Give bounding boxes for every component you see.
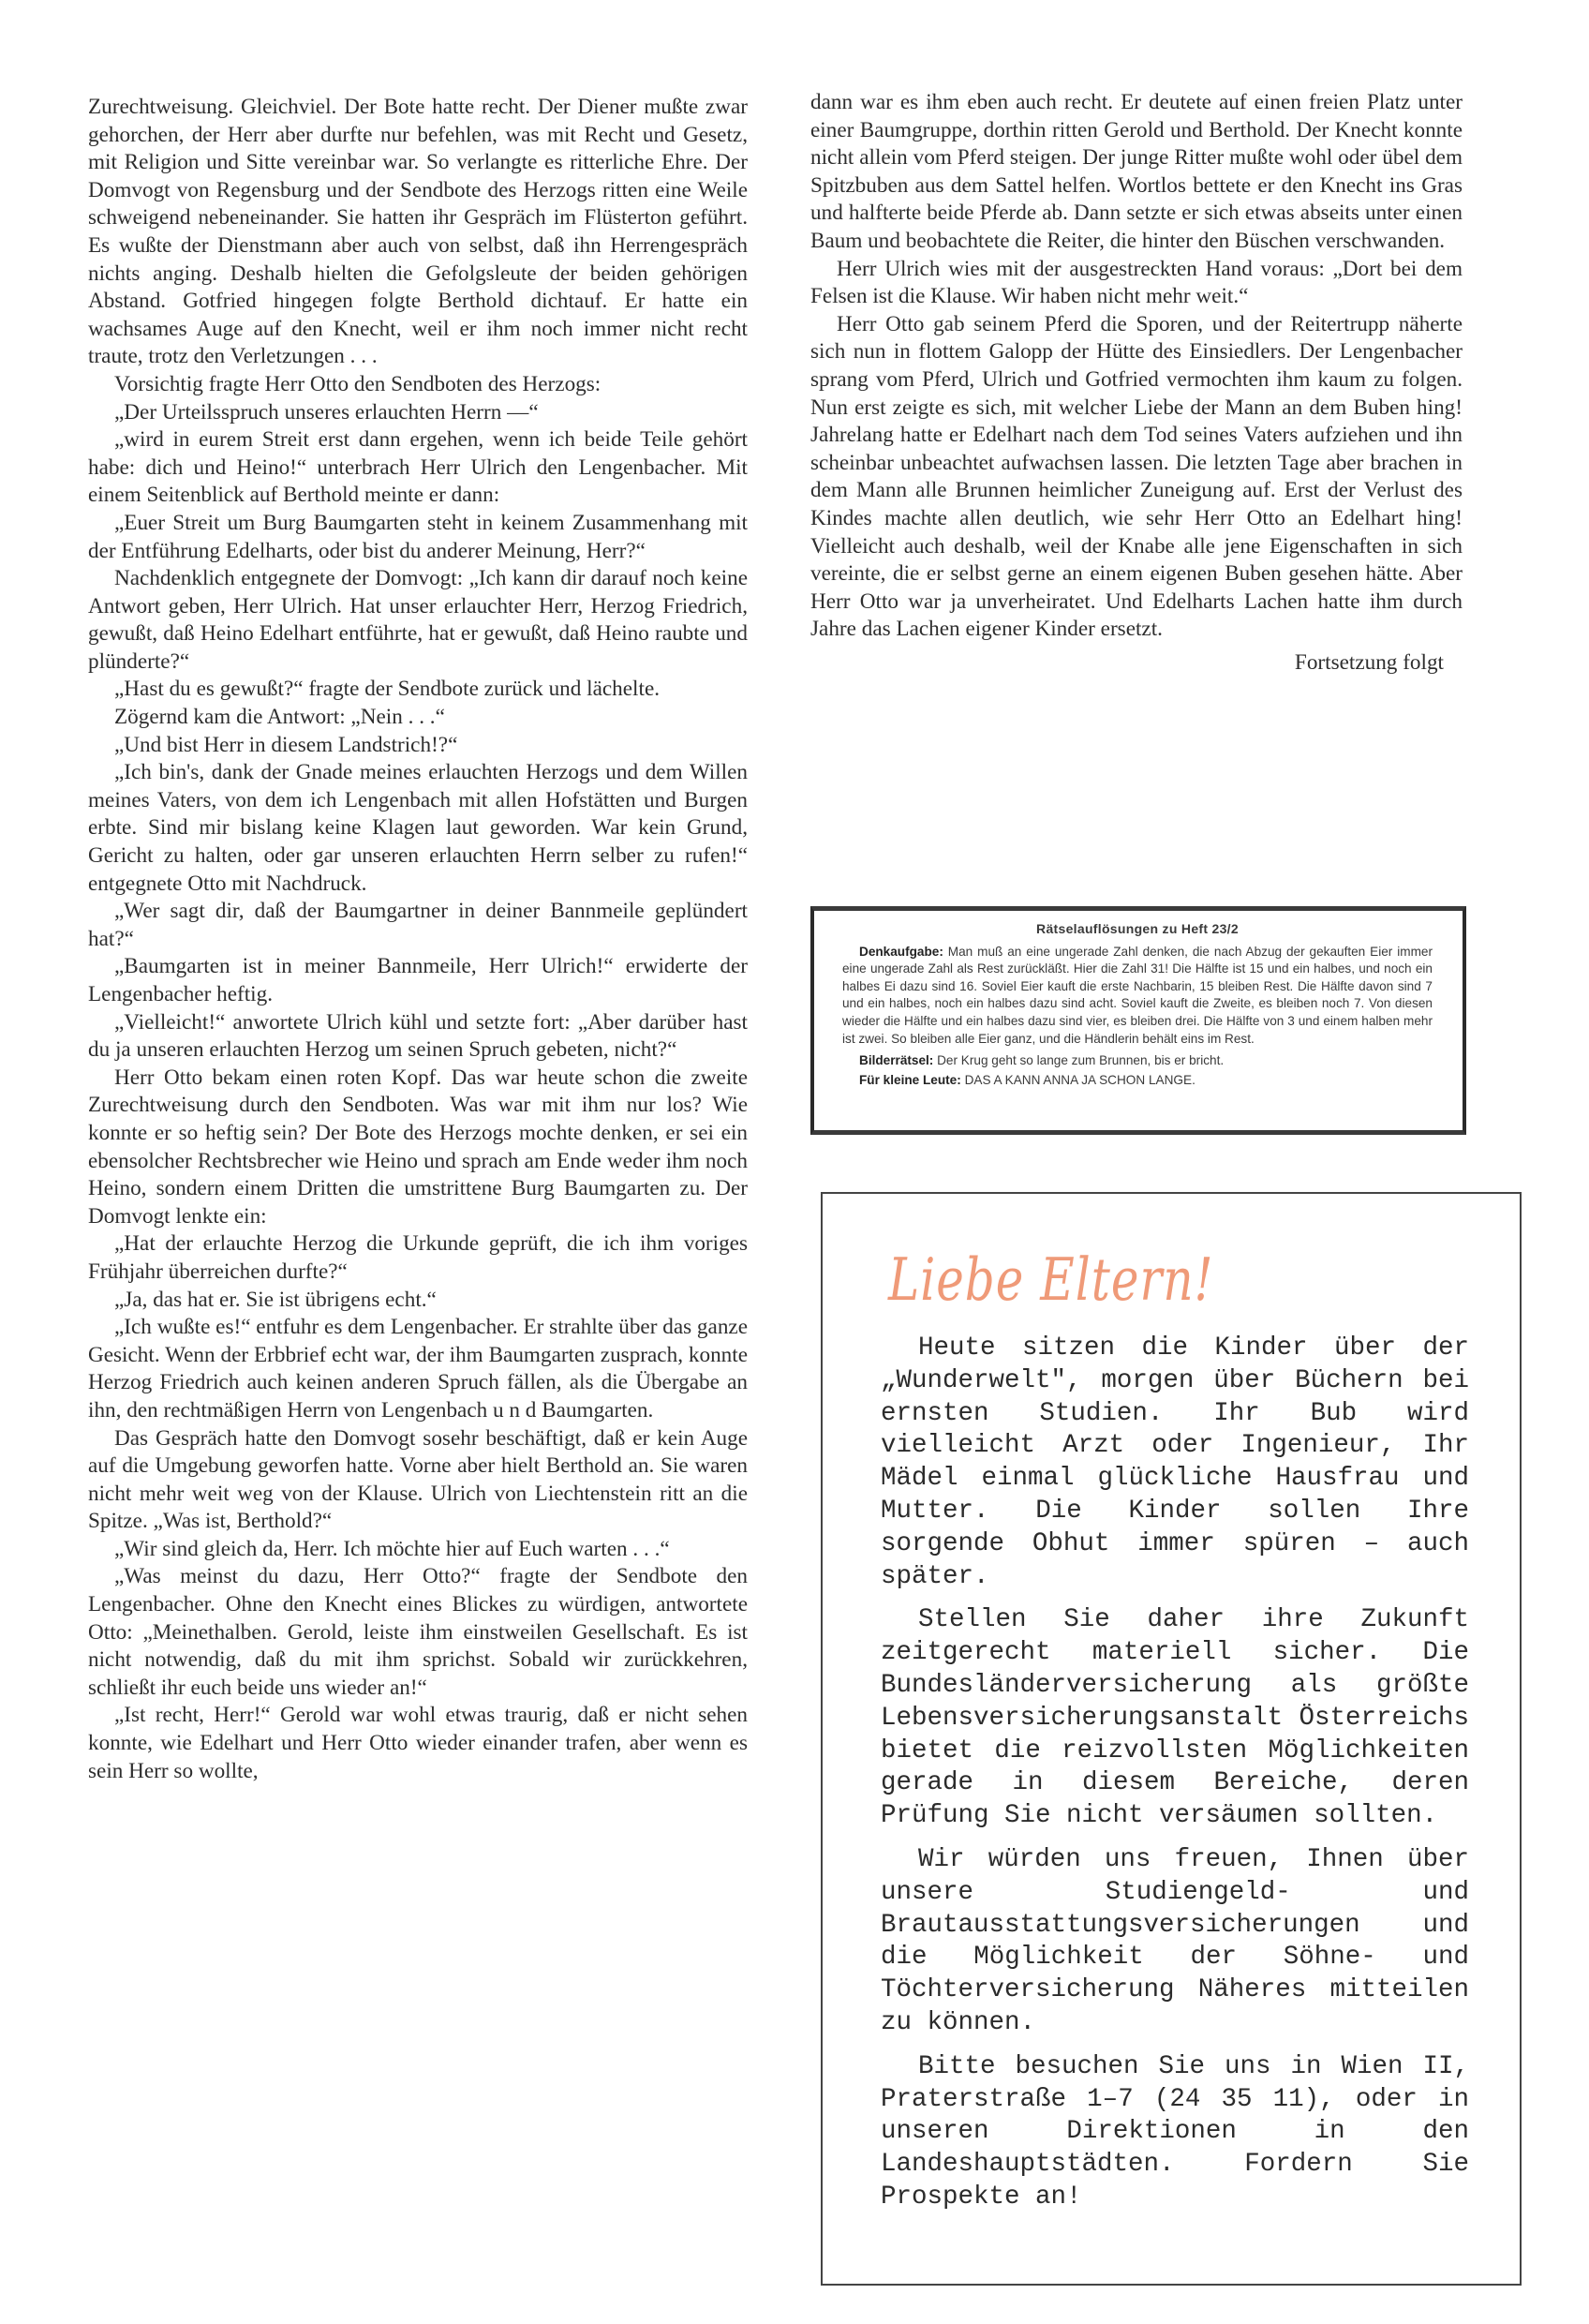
continuation-note: Fortsetzung folgt [810, 649, 1463, 678]
ad-paragraph: Wir würden uns freuen, Ihnen über unsere… [881, 1844, 1469, 2040]
riddle-label: Für kleine Leute: [859, 1073, 961, 1087]
ad-paragraph: Bitte besuchen Sie uns in Wien II, Prate… [881, 2051, 1469, 2214]
riddle-solution-item: Denkaufgabe: Man muß an eine ungerade Za… [842, 944, 1433, 1049]
paragraph: „Der Urteilsspruch unseres erlauchten He… [88, 399, 748, 427]
paragraph: Zögernd kam die Antwort: „Nein . . .“ [88, 704, 748, 732]
paragraph: „Vielleicht!“ anwortete Ulrich kühl und … [88, 1009, 748, 1065]
paragraph: „Ich wußte es!“ entfuhr es dem Lengenbac… [88, 1314, 748, 1424]
story-column-right: dann war es ihm eben auch recht. Er deut… [810, 89, 1463, 677]
paragraph: „Ja, das hat er. Sie ist übrigens echt.“ [88, 1287, 748, 1315]
riddle-solution-item: Für kleine Leute: DAS A KANN ANNA JA SCH… [842, 1072, 1433, 1090]
paragraph: Nachdenklich entgegnete der Domvogt: „Ic… [88, 565, 748, 676]
paragraph: „Ist recht, Herr!“ Gerold war wohl etwas… [88, 1702, 748, 1785]
riddle-solutions-title: Rätselauflösungen zu Heft 23/2 [842, 920, 1433, 938]
riddle-label: Denkaufgabe: [859, 945, 943, 959]
ad-paragraph: Heute sitzen die Kinder über der „Wunder… [881, 1333, 1469, 1593]
paragraph: Vorsichtig fragte Herr Otto den Sendbote… [88, 371, 748, 399]
paragraph: Herr Otto gab seinem Pferd die Sporen, u… [810, 311, 1463, 644]
riddle-solutions-box: Rätselauflösungen zu Heft 23/2 Denkaufga… [810, 906, 1466, 1135]
ad-headline: Liebe Eltern! [888, 1246, 1214, 1315]
paragraph: „Hat der erlauchte Herzog die Urkunde ge… [88, 1230, 748, 1286]
paragraph: „Was meinst du dazu, Herr Otto?“ fragte … [88, 1563, 748, 1702]
story-column-left: Zurechtweisung. Gleichviel. Der Bote hat… [88, 94, 748, 1785]
paragraph: „Hast du es gewußt?“ fragte der Sendbote… [88, 676, 748, 704]
riddle-answer: DAS A KANN ANNA JA SCHON LANGE. [965, 1073, 1195, 1087]
riddle-answer: Der Krug geht so lange zum Brunnen, bis … [937, 1053, 1224, 1067]
paragraph: „wird in eurem Streit erst dann ergehen,… [88, 426, 748, 510]
paragraph: dann war es ihm eben auch recht. Er deut… [810, 89, 1463, 256]
paragraph: „Wir sind gleich da, Herr. Ich möchte hi… [88, 1536, 748, 1564]
paragraph: Herr Ulrich wies mit der ausgestreckten … [810, 256, 1463, 311]
paragraph: „Baumgarten ist in meiner Bannmeile, Her… [88, 953, 748, 1008]
riddle-label: Bilderrätsel: [859, 1053, 933, 1067]
insurance-advertisement: Liebe Eltern! Heute sitzen die Kinder üb… [821, 1192, 1522, 2286]
paragraph: Herr Otto bekam einen roten Kopf. Das wa… [88, 1065, 748, 1231]
paragraph: „Wer sagt dir, daß der Baumgartner in de… [88, 898, 748, 953]
ad-paragraph: Stellen Sie daher ihre Zukunft zeitgerec… [881, 1604, 1469, 1833]
riddle-solution-item: Bilderrätsel: Der Krug geht so lange zum… [842, 1052, 1433, 1070]
paragraph: Zurechtweisung. Gleichviel. Der Bote hat… [88, 94, 748, 371]
paragraph: „Euer Streit um Burg Baumgarten steht in… [88, 510, 748, 565]
ad-body: Heute sitzen die Kinder über der „Wunder… [881, 1333, 1469, 2214]
paragraph: Das Gespräch hatte den Domvogt sosehr be… [88, 1425, 748, 1536]
paragraph: „Ich bin's, dank der Gnade meines erlauc… [88, 759, 748, 898]
paragraph: „Und bist Herr in diesem Landstrich!?“ [88, 732, 748, 760]
riddle-answer: Man muß an eine ungerade Zahl denken, di… [842, 945, 1433, 1046]
